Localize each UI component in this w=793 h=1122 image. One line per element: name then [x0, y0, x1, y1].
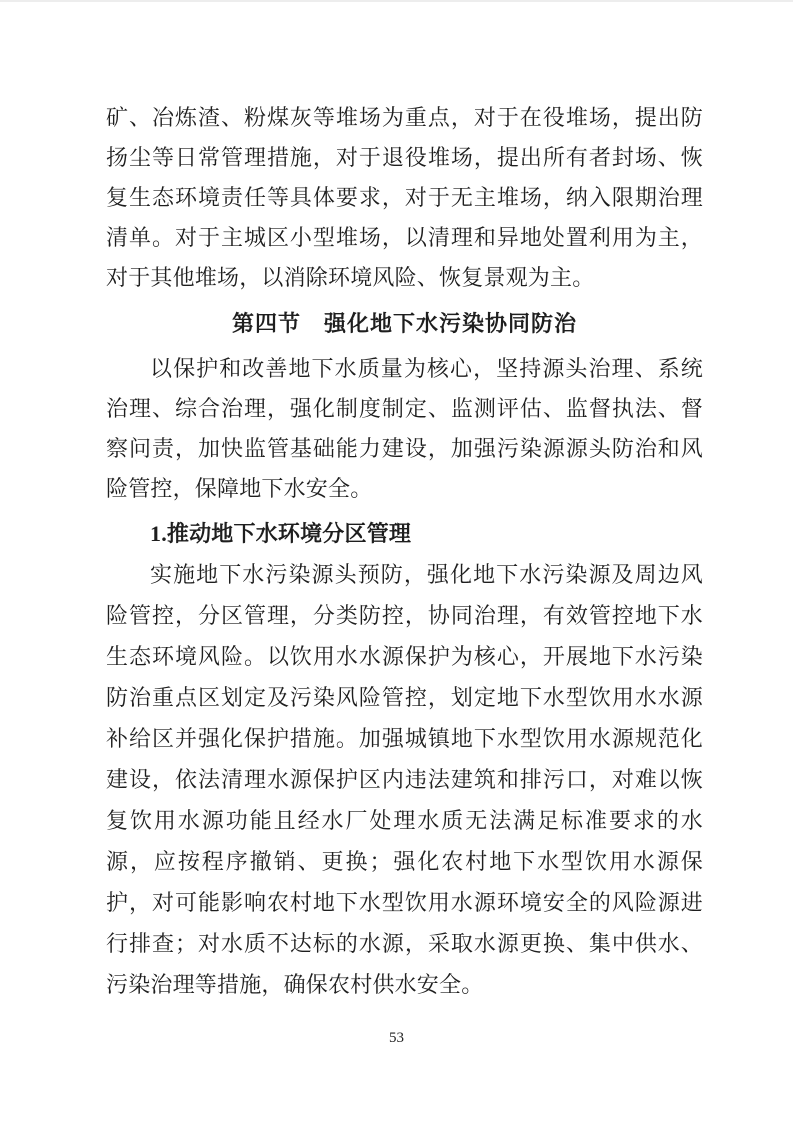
- section-heading: 第四节 强化地下水污染协同防治: [106, 304, 703, 344]
- intro-paragraph: 以保护和改善地下水质量为核心，坚持源头治理、系统治理、综合治理，强化制度制定、监…: [106, 349, 703, 509]
- subsection-heading: 1.推动地下水环境分区管理: [106, 514, 703, 554]
- page-number: 53: [0, 1028, 793, 1048]
- continuation-paragraph: 矿、冶炼渣、粉煤灰等堆场为重点，对于在役堆场，提出防扬尘等日常管理措施，对于退役…: [106, 98, 703, 298]
- document-text-block: 矿、冶炼渣、粉煤灰等堆场为重点，对于在役堆场，提出防扬尘等日常管理措施，对于退役…: [106, 98, 703, 1005]
- body-paragraph: 实施地下水污染源头预防，强化地下水污染源及周边风险管控，分区管理，分类防控，协同…: [106, 554, 703, 1005]
- document-page: { "document": { "continuation_paragraph"…: [0, 0, 793, 1122]
